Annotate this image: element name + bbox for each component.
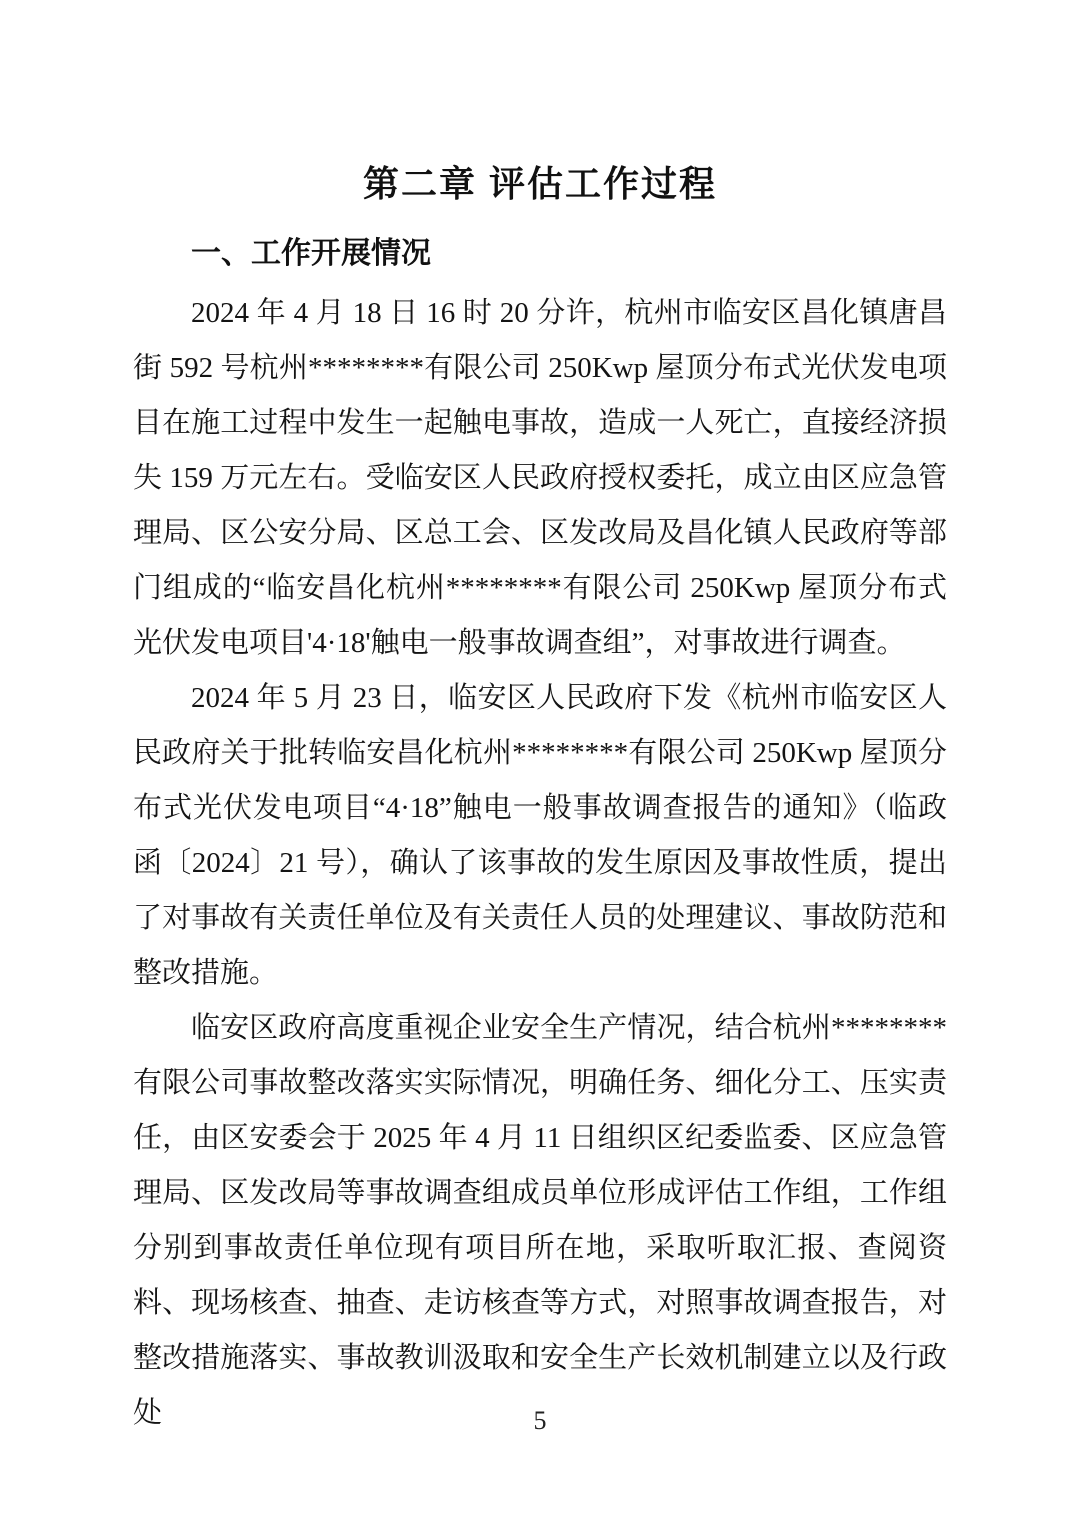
section-heading: 一、工作开展情况: [133, 234, 947, 274]
paragraph-1: 2024 年 4 月 18 日 16 时 20 分许，杭州市临安区昌化镇唐昌街 …: [133, 286, 947, 671]
chapter-title: 第二章 评估工作过程: [133, 162, 947, 206]
paragraph-3: 临安区政府高度重视企业安全生产情况，结合杭州********有限公司事故整改落实…: [133, 1001, 947, 1441]
page-number: 5: [0, 1406, 1080, 1436]
paragraph-2: 2024 年 5 月 23 日，临安区人民政府下发《杭州市临安区人民政府关于批转…: [133, 671, 947, 1001]
document-page: 第二章 评估工作过程 一、工作开展情况 2024 年 4 月 18 日 16 时…: [0, 0, 1080, 1527]
body-text: 2024 年 4 月 18 日 16 时 20 分许，杭州市临安区昌化镇唐昌街 …: [133, 286, 947, 1441]
page-content: 第二章 评估工作过程 一、工作开展情况 2024 年 4 月 18 日 16 时…: [0, 0, 1080, 1441]
